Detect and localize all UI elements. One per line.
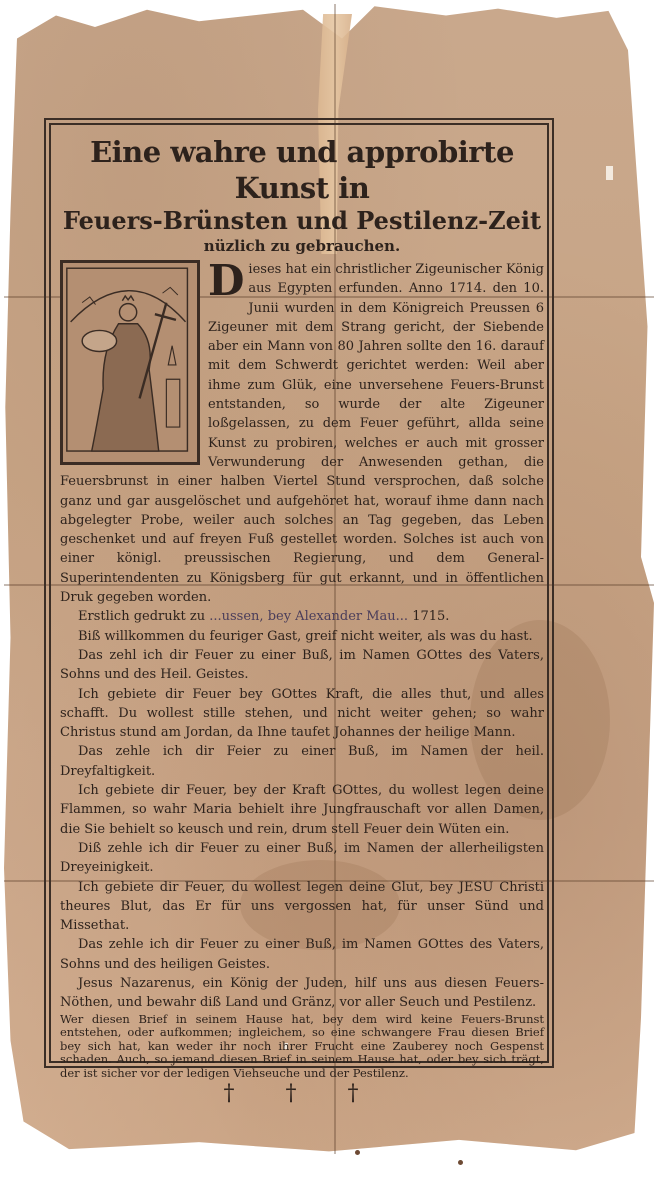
ink-spot [355, 1150, 360, 1155]
charm-paragraph: Jesus Nazarenus, ein König der Juden, hi… [60, 974, 544, 1013]
charm-paragraph: Das zehle ich dir Feuer zu einer Buß, im… [60, 935, 544, 974]
charm-paragraph: Ich gebiete dir Feuer, bey der Kraft GOt… [60, 781, 544, 839]
charm-paragraph: Ich gebiete dir Feuer bey GOttes Kraft, … [60, 685, 544, 743]
imprint-place: ...ussen, [209, 609, 263, 624]
charm-paragraph: Biß willkommen du feuriger Gast, greif n… [60, 627, 544, 646]
charm-paragraph: Das zehl ich dir Feuer zu einer Buß, im … [60, 646, 544, 685]
imprint-printer: bey Alexander Mau... [268, 609, 408, 624]
title-line-2: Feuers-Brünsten und Pestilenz-Zeit [60, 206, 544, 236]
broadsheet-content: Eine wahre und approbirte Kunst in Feuer… [60, 134, 544, 1103]
imprint-prefix: Erstlich gedrukt zu [78, 609, 205, 624]
title-line-1: Eine wahre und approbirte Kunst in [60, 134, 544, 206]
saint-woodcut-icon [60, 260, 200, 465]
imprint-line: Erstlich gedrukt zu ...ussen, bey Alexan… [60, 607, 544, 626]
charm-paragraph: Diß zehle ich dir Feuer zu einer Buß, im… [60, 839, 544, 878]
title-line-3: nüzlich zu gebrauchen. [60, 236, 544, 256]
imprint-year: 1715. [412, 609, 449, 624]
ink-spot [458, 1160, 463, 1165]
three-crosses-icon: † † † [60, 1084, 544, 1103]
paper-hole [606, 166, 613, 180]
closing-paragraph: Wer diesen Brief in seinem Hause hat, be… [60, 1013, 544, 1081]
drop-cap: D [208, 262, 244, 300]
charm-paragraph: Das zehle ich dir Feier zu einer Buß, im… [60, 742, 544, 781]
charm-paragraph: Ich gebiete dir Feuer, du wollest legen … [60, 878, 544, 936]
